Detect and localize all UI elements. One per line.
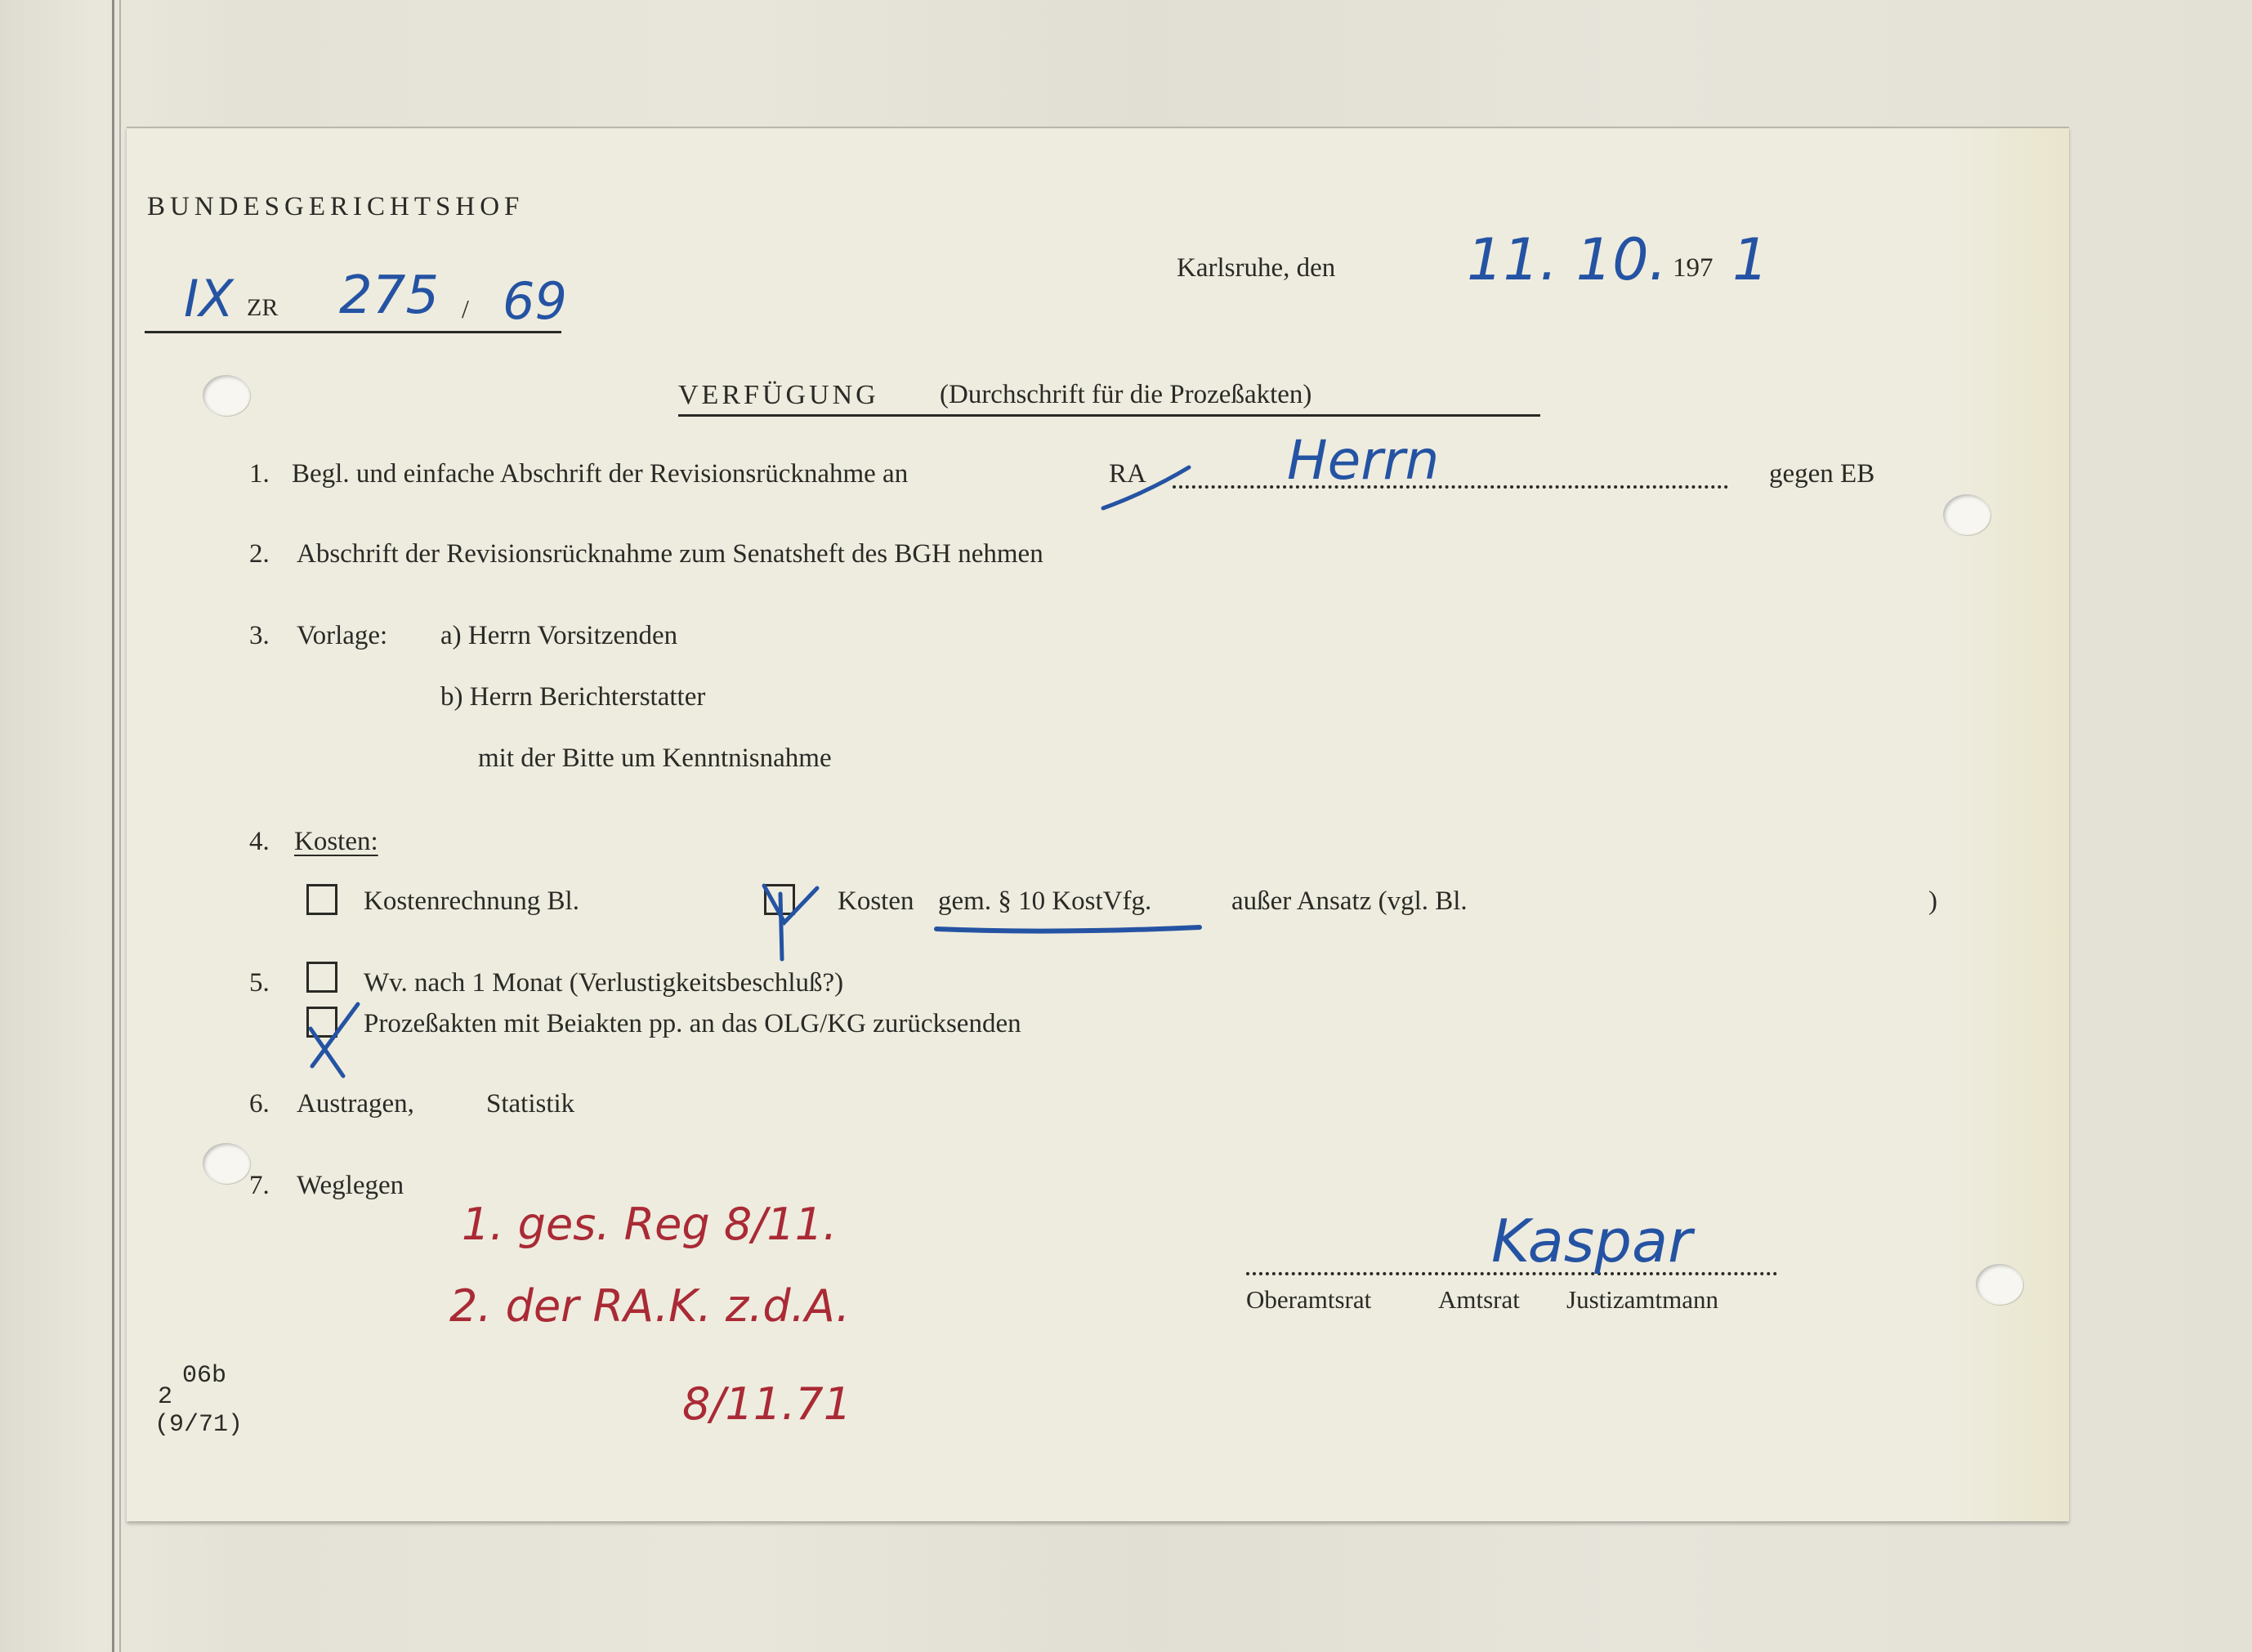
institution-name: BUNDESGERICHTSHOF	[147, 194, 524, 221]
red-annotation-line1: 1. ges. Reg 8/11.	[462, 1199, 837, 1250]
item-number: 4.	[249, 828, 270, 855]
option-kosten-closing: )	[1928, 888, 1937, 915]
item3-option-a: a) Herrn Vorsitzenden	[440, 623, 677, 650]
item1-text: Begl. und einfache Abschrift der Revisio…	[292, 461, 908, 488]
item6-text: Austragen,	[297, 1091, 414, 1118]
year-printed: 197	[1673, 255, 1714, 282]
form-code-line1: 06b	[182, 1364, 226, 1388]
red-annotation-line2: 2. der RA.K. z.d.A.	[449, 1280, 850, 1332]
item-number: 3.	[249, 623, 270, 650]
checkmark-cross-icon	[756, 873, 821, 963]
form-subtitle: (Durchschrift für die Prozeßakten)	[940, 382, 1311, 409]
punch-hole	[203, 375, 250, 416]
signature-handwritten: Kaspar	[1491, 1207, 1692, 1275]
item-number: 5.	[249, 970, 270, 997]
form-code-line2: 2	[158, 1385, 172, 1409]
case-number-handwritten: 275	[339, 266, 439, 326]
item2-text: Abschrift der Revisionsrücknahme zum Sen…	[297, 541, 1043, 568]
signature-title-justizamtmann: Justizamtmann	[1566, 1287, 1718, 1312]
item-number: 2.	[249, 541, 270, 568]
punch-hole	[1976, 1264, 2023, 1305]
binder-edge	[112, 0, 114, 1652]
item7-text: Weglegen	[297, 1172, 404, 1199]
case-register: ZR	[247, 296, 278, 320]
place-date-label: Karlsruhe, den	[1177, 255, 1335, 282]
item6-text2: Statistik	[486, 1091, 574, 1118]
option-kosten-underlined: gem. § 10 KostVfg.	[938, 888, 1151, 915]
punch-hole	[203, 1143, 250, 1184]
item-number: 1.	[249, 461, 270, 488]
option-akten-zuruecksenden-label: Prozeßakten mit Beiakten pp. an das OLG/…	[364, 1011, 1021, 1038]
case-prefix-handwritten: IX	[184, 269, 234, 328]
option-kosten-pre: Kosten	[838, 888, 914, 915]
signature-title-oberamtsrat: Oberamtsrat	[1246, 1287, 1371, 1312]
item-number: 7.	[249, 1172, 270, 1199]
item1-suffix: gegen EB	[1769, 461, 1874, 488]
option-kostenrechnung-label: Kostenrechnung Bl.	[364, 888, 579, 915]
form-title: VERFÜGUNG	[678, 382, 879, 409]
form-code-line3: (9/71)	[154, 1413, 243, 1437]
checkbox-kostenrechnung[interactable]	[306, 884, 337, 915]
blue-underline-mark	[934, 921, 1204, 937]
case-number-rule	[145, 331, 561, 333]
date-handwritten: 11. 10.	[1467, 226, 1667, 293]
punch-hole	[1943, 494, 1991, 535]
checkbox-wiedervorlage[interactable]	[306, 962, 337, 993]
signature-title-amtsrat: Amtsrat	[1438, 1287, 1520, 1312]
checkmark-cross-icon	[302, 994, 376, 1084]
red-annotation-line3: 8/11.71	[682, 1378, 851, 1430]
item-number: 6.	[249, 1091, 270, 1118]
title-underline	[678, 414, 1540, 417]
item1-handwritten-name: Herrn	[1287, 429, 1439, 492]
binder-edge-inner	[119, 0, 121, 1652]
item1-fill-line	[1173, 485, 1728, 489]
option-kosten-post: außer Ansatz (vgl. Bl.	[1231, 888, 1468, 915]
item3-option-b: b) Herrn Berichterstatter	[440, 684, 705, 711]
verfuegung-form-card: BUNDESGERICHTSHOF IX ZR 275 / 69 Karlsru…	[127, 127, 2069, 1521]
item4-label: Kosten:	[294, 828, 378, 855]
case-separator: /	[462, 296, 469, 322]
year-handwritten: 1	[1732, 226, 1769, 293]
item3-note: mit der Bitte um Kenntnisnahme	[478, 745, 832, 772]
overlap-strip	[1946, 128, 2069, 1521]
item3-label: Vorlage:	[297, 623, 387, 650]
case-year-handwritten: 69	[503, 271, 567, 331]
option-wiedervorlage-label: Wv. nach 1 Monat (Verlustigkeitsbeschluß…	[364, 970, 843, 997]
